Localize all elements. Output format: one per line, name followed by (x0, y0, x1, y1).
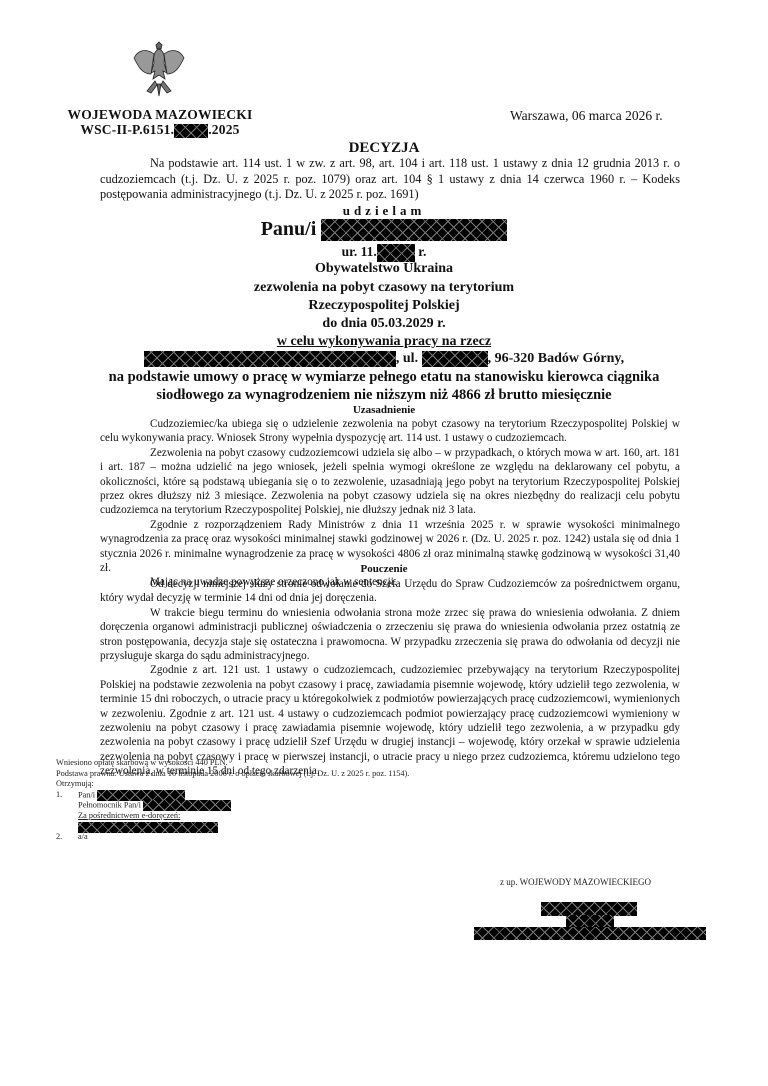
contract-terms-1: na podstawie umowy o pracę w wymiarze pe… (0, 369, 768, 386)
redacted-name (321, 219, 507, 241)
redacted-case-id (174, 124, 208, 138)
fee-note: Wniesiono opłatę skarbową w wysokości 44… (56, 758, 409, 769)
citizenship: Obywatelstwo Ukraina (0, 261, 768, 277)
redacted-signature-bottom (474, 927, 706, 940)
employer-address: , ul. , 96-320 Badów Górny, (0, 351, 768, 367)
permit-type: zezwolenia na pobyt czasowy na terytoriu… (0, 280, 768, 296)
redacted-signature-top (541, 902, 637, 916)
valid-until: do dnia 05.03.2029 r. (0, 316, 768, 332)
decision-title: DECYZJA (0, 140, 768, 157)
recipient-2: 2.a/a (56, 832, 409, 843)
office-name: WOJEWODA MAZOWIECKI (55, 107, 265, 122)
redacted-employer (144, 351, 396, 367)
addressee: Panu/i (0, 218, 768, 241)
redacted-proxy-name (143, 800, 231, 811)
birth-date: ur. 11. r. (0, 244, 768, 262)
permit-territory: Rzeczypospolitej Polskiej (0, 298, 768, 314)
redacted-street (422, 351, 488, 367)
justification-heading: Uzasadnienie (0, 404, 768, 416)
case-number: WSC-II-P.6151..2025 (55, 122, 265, 138)
instruction-body: Od decyzji niniejszej służy stronie odwo… (100, 577, 680, 779)
contract-terms-2: siodłowego za wynagrodzeniem nie niższym… (0, 387, 768, 404)
redacted-birth-date (377, 244, 415, 262)
fee-basis: Podstawa prawna: Ustawa z dnia 16 listop… (56, 769, 409, 780)
signature-label: z up. WOJEWODY MAZOWIECKIEGO (500, 877, 651, 887)
recipients-label: Otrzymują: (56, 779, 409, 790)
polish-eagle-emblem (130, 36, 188, 100)
instruction-heading: Pouczenie (0, 563, 768, 575)
redacted-signature-mid (566, 915, 614, 927)
footer-notes: Wniesiono opłatę skarbową w wysokości 44… (56, 758, 409, 843)
place-date: Warszawa, 06 marca 2026 r. (510, 108, 663, 124)
issuing-authority: WOJEWODA MAZOWIECKI WSC-II-P.6151..2025 (55, 107, 265, 138)
purpose: w celu wykonywania pracy na rzecz (0, 334, 768, 350)
recipient-1: 1.Pan/i (56, 790, 409, 801)
legal-basis: Na podstawie art. 114 ust. 1 w zw. z art… (100, 156, 680, 203)
grant-word: udzielam (0, 203, 768, 219)
redacted-recipient-name (97, 790, 185, 801)
redacted-e-delivery-address (78, 822, 218, 833)
